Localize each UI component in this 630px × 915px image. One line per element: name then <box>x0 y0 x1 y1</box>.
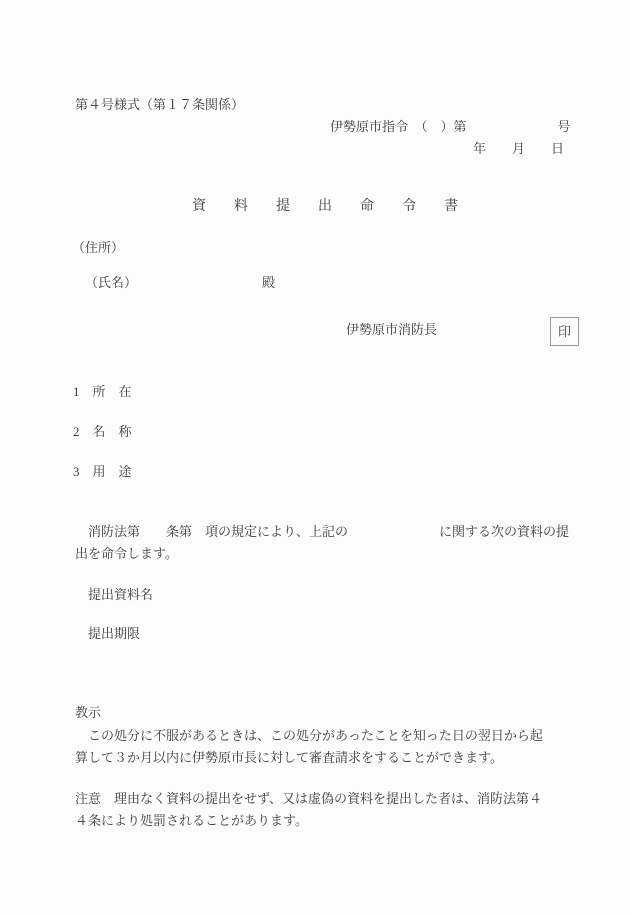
property-item-location: 1 所 在 <box>73 384 132 400</box>
submission-deadline-label: 提出期限 <box>88 626 140 642</box>
order-paragraph: 消防法第 条第 項の規定により、上記の に関する次の資料の提出を命令します。 <box>75 521 577 565</box>
recipient-name-row: （氏名）殿 <box>72 259 275 307</box>
seal-mark: 印 <box>558 324 571 340</box>
issue-date-line: 年 月 日 <box>473 141 564 157</box>
submitted-materials-label: 提出資料名 <box>88 587 153 603</box>
property-item-usage: 3 用 途 <box>73 464 132 480</box>
form-number-line: 第４号様式（第１７条関係） <box>75 97 244 113</box>
appeal-notice-body: この処分に不服があるときは、この処分があったことを知った日の翌日から起算して３か… <box>75 725 552 769</box>
seal-box: 印 <box>550 317 579 346</box>
recipient-address-label: （住所） <box>72 240 124 256</box>
issuer-name: 伊勢原市消防長 <box>346 322 437 338</box>
property-item-name: 2 名 称 <box>73 424 132 440</box>
document-title: 資 料 提 出 命 令 書 <box>192 198 458 216</box>
document-page: 第４号様式（第１７条関係） 伊勢原市指令 （ ）第 号 年 月 日 資 料 提 … <box>0 0 630 915</box>
directive-number-line: 伊勢原市指令 （ ）第 号 <box>330 119 571 135</box>
appeal-notice-heading: 教示 <box>75 705 101 721</box>
recipient-honorific: 殿 <box>262 275 275 290</box>
caution-paragraph: 注意 理由なく資料の提出をせず、又は虚偽の資料を提出した者は、消防法第４４条によ… <box>75 788 552 832</box>
recipient-name-label: （氏名） <box>85 275 137 290</box>
